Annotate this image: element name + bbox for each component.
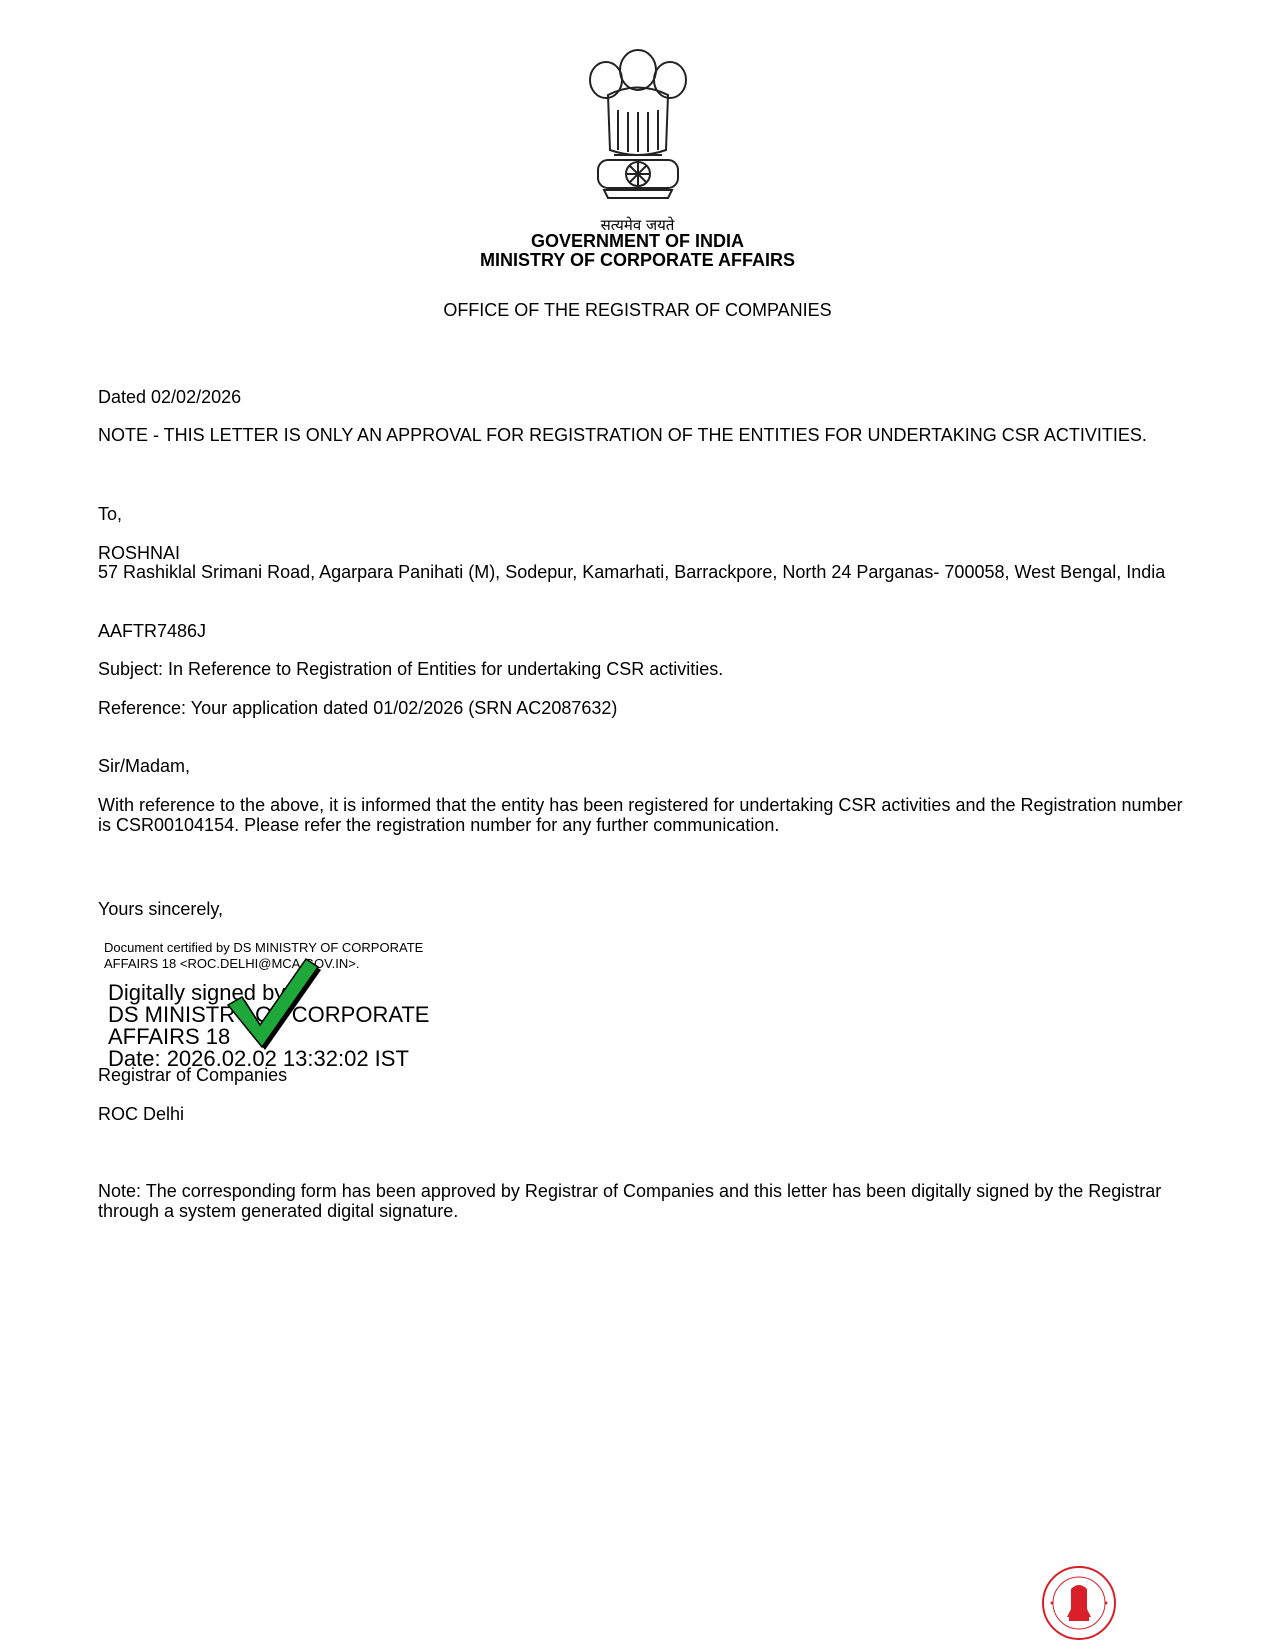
mca-seal-icon bbox=[1041, 1565, 1117, 1641]
closing: Yours sincerely, bbox=[98, 900, 1188, 920]
recipient-name: ROSHNAI bbox=[98, 544, 1188, 564]
government-title: GOVERNMENT OF INDIA bbox=[0, 232, 1275, 251]
letter-body: With reference to the above, it is infor… bbox=[98, 796, 1188, 835]
certification-line-1: Document certified by DS MINISTRY OF COR… bbox=[104, 940, 423, 956]
national-emblem-icon bbox=[578, 40, 698, 215]
approval-note: NOTE - THIS LETTER IS ONLY AN APPROVAL F… bbox=[98, 426, 1188, 446]
to-label: To, bbox=[98, 505, 1188, 525]
recipient-pan: AAFTR7486J bbox=[98, 622, 1188, 642]
signatory-office: ROC Delhi bbox=[98, 1105, 1188, 1125]
recipient-address: 57 Rashiklal Srimani Road, Agarpara Pani… bbox=[98, 563, 1188, 583]
green-checkmark-icon bbox=[222, 955, 322, 1055]
letter-subject: Subject: In Reference to Registration of… bbox=[98, 660, 1188, 680]
letter-reference: Reference: Your application dated 01/02/… bbox=[98, 699, 1188, 719]
office-title: OFFICE OF THE REGISTRAR OF COMPANIES bbox=[0, 300, 1275, 321]
letter-date: Dated 02/02/2026 bbox=[98, 388, 1188, 408]
signatory-designation: Registrar of Companies bbox=[98, 1066, 1188, 1086]
footer-note: Note: The corresponding form has been ap… bbox=[98, 1182, 1188, 1221]
ministry-title: MINISTRY OF CORPORATE AFFAIRS bbox=[0, 251, 1275, 270]
salutation: Sir/Madam, bbox=[98, 757, 1188, 777]
